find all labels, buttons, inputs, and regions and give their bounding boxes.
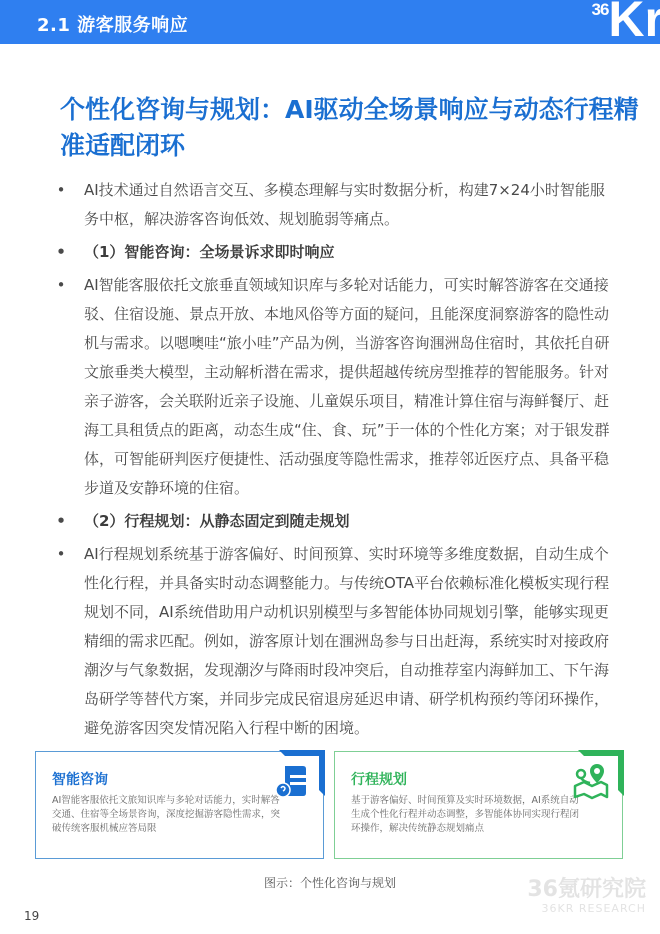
bullet-heading: • （2）行程规划：从静态固定到随走规划	[56, 507, 616, 536]
card-title: 智能咨询	[52, 769, 108, 789]
bullet-dot-icon: •	[56, 540, 66, 569]
section-title: 2.1 游客服务响应	[37, 11, 188, 37]
page-number: 19	[24, 909, 39, 923]
bullet-dot-icon: •	[56, 271, 66, 300]
bullet-dot-icon: •	[56, 507, 66, 536]
document-chat-icon	[273, 762, 311, 800]
bullet-heading: • （1）智能咨询：全场景诉求即时响应	[56, 238, 616, 267]
page-title: 个性化咨询与规划：AI驱动全场景响应与动态行程精准适配闭环	[60, 92, 640, 164]
bullet-paragraph: • AI行程规划系统基于游客偏好、时间预算、实时环境等多维度数据，自动生成个性化…	[56, 540, 616, 743]
36kr-logo: 36Kr	[592, 0, 660, 44]
watermark: 36氪研究院 36KR RESEARCH	[527, 878, 646, 915]
map-pin-icon	[572, 762, 610, 800]
bullet-dot-icon: •	[56, 238, 66, 267]
summary-cards: 智能咨询 AI智能客服依托文旅知识库与多轮对话能力，实时解答交通、住宿等全场景咨…	[35, 751, 635, 861]
card-trip-planning: 行程规划 基于游客偏好、时间预算及实时环境数据，AI系统自动生成个性化行程并动态…	[334, 751, 623, 859]
bullet-paragraph: • AI技术通过自然语言交互、多模态理解与实时数据分析，构建7×24小时智能服务…	[56, 176, 616, 234]
card-title: 行程规划	[351, 769, 407, 789]
card-body: 基于游客偏好、时间预算及实时环境数据，AI系统自动生成个性化行程并动态调整，多智…	[351, 794, 579, 836]
card-smart-consult: 智能咨询 AI智能客服依托文旅知识库与多轮对话能力，实时解答交通、住宿等全场景咨…	[35, 751, 324, 859]
body-content: • AI技术通过自然语言交互、多模态理解与实时数据分析，构建7×24小时智能服务…	[56, 176, 616, 747]
card-body: AI智能客服依托文旅知识库与多轮对话能力，实时解答交通、住宿等全场景咨询，深度挖…	[52, 794, 280, 836]
bullet-dot-icon: •	[56, 176, 66, 205]
bullet-paragraph: • AI智能客服依托文旅垂直领域知识库与多轮对话能力，可实时解答游客在交通接驳、…	[56, 271, 616, 503]
header-bar: 2.1 游客服务响应 36Kr	[0, 0, 660, 44]
